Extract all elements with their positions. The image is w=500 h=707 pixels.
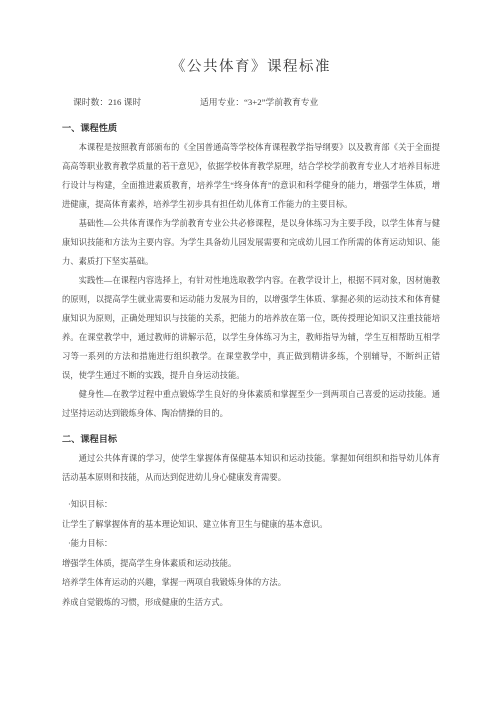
course-meta-row: 课时数：216 课时 适用专业：“3+2”学前教育专业: [62, 97, 440, 108]
paragraph-goals-intro: 通过公共体育课的学习，使学生掌握体育保健基本知识和运动技能。掌握如何组织和指导幼…: [62, 449, 440, 487]
ability-goal-item-1: 增强学生体质，提高学生身体素质和运动技能。: [62, 554, 440, 574]
applicable-major: 适用专业：“3+2”学前教育专业: [200, 97, 318, 108]
ability-goal-item-2: 培养学生体育运动的兴趣，掌握一两项自我锻炼身体的方法。: [62, 573, 440, 593]
ability-goal-label: ·能力目标：: [62, 534, 440, 554]
paragraph-overview: 本课程是按照教育部颁布的《全国普通高等学校体育课程教学指导纲要》以及教育部《关于…: [62, 138, 440, 214]
knowledge-goal-item: 让学生了解掌握体育的基本理论知识、建立体育卫生与健康的基本意识。: [62, 515, 440, 535]
paragraph-practical: 实践性—在课程内容选择上，有针对性地选取教学内容。在教学设计上，根据不同对象，因…: [62, 271, 440, 385]
section-heading-course-goals: 二、课程目标: [62, 433, 440, 446]
paragraph-fitness: 健身性—在教学过程中重点锻炼学生良好的身体素质和掌握至少一到两项自己喜爱的运动技…: [62, 385, 440, 423]
document-page: 《公共体育》课程标准 课时数：216 课时 适用专业：“3+2”学前教育专业 一…: [0, 0, 500, 707]
ability-goal-item-3: 养成自觉锻炼的习惯，形成健康的生活方式。: [62, 593, 440, 613]
section-course-goals: 通过公共体育课的学习，使学生掌握体育保健基本知识和运动技能。掌握如何组织和指导幼…: [62, 449, 440, 487]
document-content: 《公共体育》课程标准 课时数：216 课时 适用专业：“3+2”学前教育专业 一…: [62, 0, 440, 612]
section-heading-course-nature: 一、课程性质: [62, 122, 440, 135]
goals-list: ·知识目标： 让学生了解掌握体育的基本理论知识、建立体育卫生与健康的基本意识。 …: [62, 495, 440, 612]
paragraph-foundational: 基础性—公共体育课作为学前教育专业公共必修课程，是以身体练习为主要手段，以学生体…: [62, 214, 440, 271]
page-title: 《公共体育》课程标准: [62, 0, 440, 77]
section-course-nature: 本课程是按照教育部颁布的《全国普通高等学校体育课程教学指导纲要》以及教育部《关于…: [62, 138, 440, 423]
course-hours: 课时数：216 课时: [73, 97, 141, 107]
knowledge-goal-label: ·知识目标：: [62, 495, 440, 515]
